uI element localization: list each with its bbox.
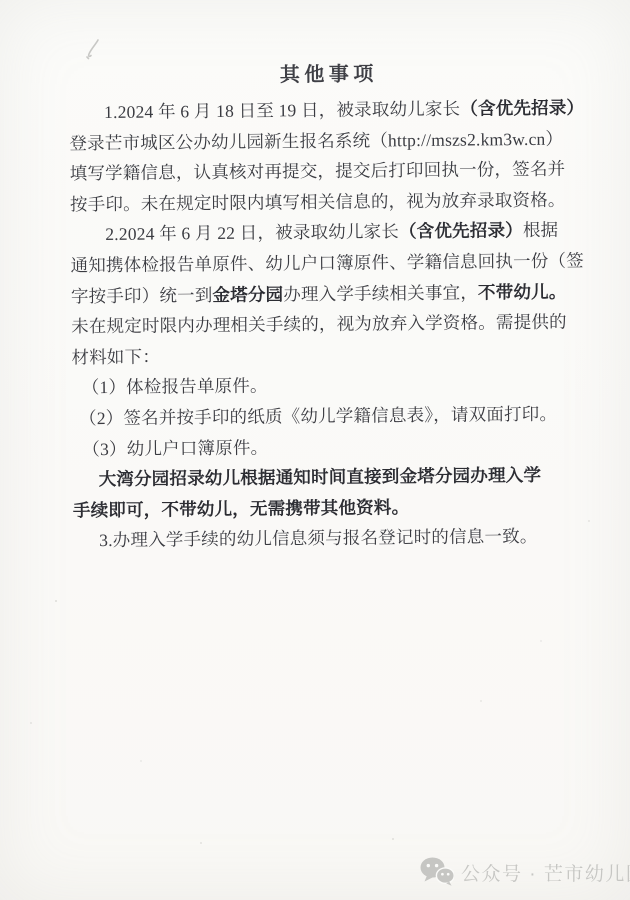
paragraph-line: 3.办理入学手续的幼儿信息须与报名登记时的信息一致。 xyxy=(73,521,567,556)
watermark-text: 公众号 · 芒市幼儿园 xyxy=(461,859,630,886)
paragraph-line: 按手印。未在规定时限内填写相关信息的，视为放弃录取资格。 xyxy=(70,184,564,219)
document-title: 其他事项 xyxy=(69,58,563,94)
watermark: 公众号 · 芒市幼儿园 xyxy=(420,854,630,890)
list-item: （2）签名并按手印的纸质《幼儿学籍信息表》，请双面打印。 xyxy=(72,399,566,434)
paragraph-line: 登录芒市城区公办幼儿园新生报名系统（http://mszs2.km3w.cn） xyxy=(69,123,563,158)
paragraph-line-bold: 手续即可，不带幼儿，无需携带其他资料。 xyxy=(73,490,567,525)
paragraph-line: 通知携体检报告单原件、幼儿户口簿原件、学籍信息回执一份（签 xyxy=(70,246,564,281)
document-body: 其他事项 1.2024 年 6 月 18 日至 19 日，被录取幼儿家长（含优先… xyxy=(69,58,568,557)
paragraph-line: 1.2024 年 6 月 18 日至 19 日，被录取幼儿家长（含优先招录） xyxy=(69,93,563,128)
paragraph-line: 填写学籍信息，认真核对再提交，提交后打印回执一份，签名并 xyxy=(70,154,564,189)
wechat-icon xyxy=(420,857,454,887)
paragraph-line: 未在规定时限内办理相关手续的，视为放弃入学资格。需提供的 xyxy=(71,307,565,342)
list-item: （1）体检报告单原件。 xyxy=(72,368,566,403)
scanned-page: 其他事项 1.2024 年 6 月 18 日至 19 日，被录取幼儿家长（含优先… xyxy=(0,0,630,900)
paragraph-line: 字按手印）统一到金塔分园办理入学手续相关事宜，不带幼儿。 xyxy=(71,276,565,311)
document-text: 1.2024 年 6 月 18 日至 19 日，被录取幼儿家长（含优先招录） 登… xyxy=(69,93,567,557)
paragraph-line: 材料如下： xyxy=(71,337,565,372)
paragraph-line: 2.2024 年 6 月 22 日，被录取幼儿家长（含优先招录）根据 xyxy=(70,215,564,250)
paper-speckles xyxy=(0,0,2,2)
paragraph-line-bold: 大湾分园招录幼儿根据通知时间直接到金塔分园办理入学 xyxy=(73,460,567,495)
list-item: （3）幼儿户口簿原件。 xyxy=(72,429,566,464)
